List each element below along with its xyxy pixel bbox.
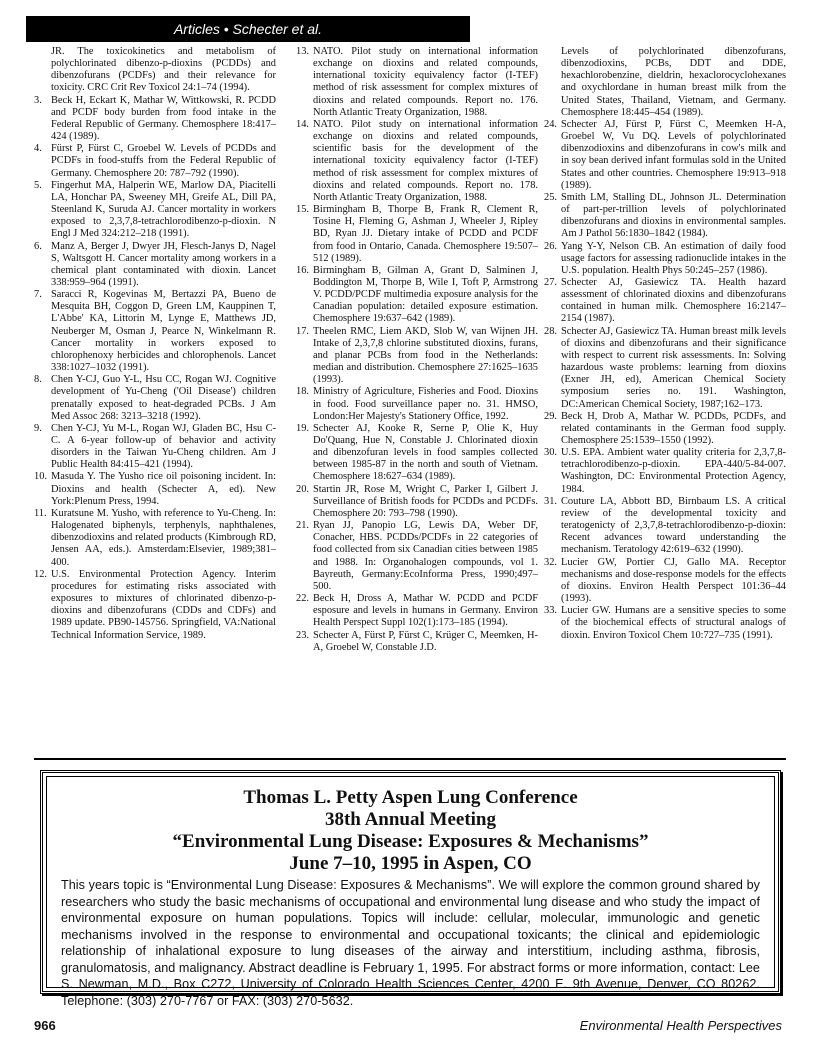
reference-text: Manz A, Berger J, Dwyer JH, Flesch-Janys… <box>51 241 276 290</box>
reference-item: Levels of polychlorinated dibenzofurans,… <box>544 46 786 119</box>
reference-number: 3. <box>34 95 50 107</box>
reference-number: 14. <box>296 119 312 131</box>
reference-text: Yang Y-Y, Nelson CB. An estimation of da… <box>561 241 786 277</box>
reference-item: 27.Schecter AJ, Gasiewicz TA. Health haz… <box>544 277 786 326</box>
reference-item: 11.Kuratsune M. Yusho, with reference to… <box>34 508 276 569</box>
reference-text: Chen Y-CJ, Yu M-L, Rogan WJ, Gladen BC, … <box>51 423 276 472</box>
reference-text: Schecter AJ, Kooke R, Serne P, Olie K, H… <box>313 423 538 484</box>
reference-text: Schecter AJ, Gasiewicz TA. Human breast … <box>561 326 786 411</box>
page-number: 966 <box>34 1018 56 1033</box>
reference-item: 26.Yang Y-Y, Nelson CB. An estimation of… <box>544 241 786 277</box>
announcement-body: This years topic is “Environmental Lung … <box>61 877 760 1009</box>
reference-number: 22. <box>296 593 312 605</box>
announcement-inner-frame: Thomas L. Petty Aspen Lung Conference 38… <box>46 776 775 988</box>
references-column-1: JR. The toxicokinetics and metabolism of… <box>34 46 276 642</box>
section-divider <box>34 758 786 760</box>
running-header: Articles • Schecter et al. <box>26 16 470 42</box>
reference-text: Couture LA, Abbott BD, Birnbaum LS. A cr… <box>561 496 786 557</box>
reference-number: 31. <box>544 496 560 508</box>
reference-number: 10. <box>34 471 50 483</box>
reference-number: 21. <box>296 520 312 532</box>
reference-text: Fingerhut MA, Halperin WE, Marlow DA, Pi… <box>51 180 276 241</box>
reference-number: 5. <box>34 180 50 192</box>
conference-announcement-box: Thomas L. Petty Aspen Lung Conference 38… <box>40 770 781 994</box>
reference-text: NATO. Pilot study on international infor… <box>313 119 538 204</box>
journal-name: Environmental Health Perspectives <box>580 1018 782 1033</box>
reference-text: U.S. Environmental Protection Agency. In… <box>51 569 276 642</box>
meeting-topic: “Environmental Lung Disease: Exposures &… <box>47 831 774 853</box>
reference-item: 21.Ryan JJ, Panopio LG, Lewis DA, Weber … <box>296 520 538 593</box>
reference-item: 15.Birmingham B, Thorpe B, Frank R, Clem… <box>296 204 538 265</box>
reference-number: 27. <box>544 277 560 289</box>
reference-text: Smith LM, Stalling DL, Johnson JL. Deter… <box>561 192 786 241</box>
reference-text: Schecter AJ, Gasiewicz TA. Health hazard… <box>561 277 786 326</box>
reference-item: 33.Lucier GW. Humans are a sensitive spe… <box>544 605 786 641</box>
reference-item: 32.Lucier GW, Portier CJ, Gallo MA. Rece… <box>544 557 786 606</box>
reference-item: 12.U.S. Environmental Protection Agency.… <box>34 569 276 642</box>
reference-item: 25.Smith LM, Stalling DL, Johnson JL. De… <box>544 192 786 241</box>
reference-text: Levels of polychlorinated dibenzofurans,… <box>561 46 786 119</box>
reference-text: Schecter A, Fürst P, Fürst C, Krüger C, … <box>313 630 538 654</box>
reference-text: Birmingham B, Gilman A, Grant D, Salmine… <box>313 265 538 326</box>
reference-number: 20. <box>296 484 312 496</box>
reference-number: 33. <box>544 605 560 617</box>
reference-text: Ryan JJ, Panopio LG, Lewis DA, Weber DF,… <box>313 520 538 593</box>
reference-item: 20.Startin JR, Rose M, Wright C, Parker … <box>296 484 538 520</box>
reference-item: 19.Schecter AJ, Kooke R, Serne P, Olie K… <box>296 423 538 484</box>
running-title: Articles • Schecter et al. <box>174 21 322 37</box>
reference-number: 12. <box>34 569 50 581</box>
reference-item: 6.Manz A, Berger J, Dwyer JH, Flesch-Jan… <box>34 241 276 290</box>
reference-number: 7. <box>34 289 50 301</box>
reference-item: 8.Chen Y-CJ, Guo Y-L, Hsu CC, Rogan WJ. … <box>34 374 276 423</box>
reference-text: U.S. EPA. Ambient water quality criteria… <box>561 447 786 496</box>
reference-item: 22.Beck H, Dross A, Mathar W. PCDD and P… <box>296 593 538 629</box>
reference-text: Kuratsune M. Yusho, with reference to Yu… <box>51 508 276 569</box>
reference-number: 15. <box>296 204 312 216</box>
reference-text: Beck H, Drob A, Mathar W. PCDDs, PCDFs, … <box>561 411 786 447</box>
reference-item: 5.Fingerhut MA, Halperin WE, Marlow DA, … <box>34 180 276 241</box>
references-section: JR. The toxicokinetics and metabolism of… <box>34 46 786 758</box>
reference-number: 25. <box>544 192 560 204</box>
reference-text: Startin JR, Rose M, Wright C, Parker I, … <box>313 484 538 520</box>
reference-text: Fürst P, Fürst C, Groebel W. Levels of P… <box>51 143 276 179</box>
reference-number: 11. <box>34 508 50 520</box>
reference-text: Lucier GW, Portier CJ, Gallo MA. Recepto… <box>561 557 786 606</box>
reference-text: NATO. Pilot study on international infor… <box>313 46 538 119</box>
announcement-titles: Thomas L. Petty Aspen Lung Conference 38… <box>47 787 774 875</box>
reference-item: 3.Beck H, Eckart K, Mathar W, Wittkowski… <box>34 95 276 144</box>
references-column-2: 13.NATO. Pilot study on international in… <box>296 46 538 654</box>
reference-item: 10.Masuda Y. The Yusho rice oil poisonin… <box>34 471 276 507</box>
reference-text: Ministry of Agriculture, Fisheries and F… <box>313 386 538 422</box>
reference-number: 18. <box>296 386 312 398</box>
reference-number: 24. <box>544 119 560 131</box>
reference-item: 24.Schecter AJ, Fürst P, Fürst C, Meemke… <box>544 119 786 192</box>
reference-text: Birmingham B, Thorpe B, Frank R, Clement… <box>313 204 538 265</box>
meeting-date-location: June 7–10, 1995 in Aspen, CO <box>47 853 774 875</box>
reference-text: Schecter AJ, Fürst P, Fürst C, Meemken H… <box>561 119 786 192</box>
meeting-number: 38th Annual Meeting <box>47 809 774 831</box>
reference-item: 4.Fürst P, Fürst C, Groebel W. Levels of… <box>34 143 276 179</box>
reference-number: 17. <box>296 326 312 338</box>
reference-item: 13.NATO. Pilot study on international in… <box>296 46 538 119</box>
reference-text: Masuda Y. The Yusho rice oil poisoning i… <box>51 471 276 507</box>
reference-item: 28.Schecter AJ, Gasiewicz TA. Human brea… <box>544 326 786 411</box>
reference-number: 16. <box>296 265 312 277</box>
references-column-3: Levels of polychlorinated dibenzofurans,… <box>544 46 786 642</box>
reference-number: 32. <box>544 557 560 569</box>
reference-number: 19. <box>296 423 312 435</box>
reference-item: JR. The toxicokinetics and metabolism of… <box>34 46 276 95</box>
reference-text: Saracci R, Kogevinas M, Bertazzi PA, Bue… <box>51 289 276 374</box>
reference-number: 4. <box>34 143 50 155</box>
reference-text: Beck H, Eckart K, Mathar W, Wittkowski, … <box>51 95 276 144</box>
conference-name: Thomas L. Petty Aspen Lung Conference <box>47 787 774 809</box>
reference-number: 29. <box>544 411 560 423</box>
reference-item: 7.Saracci R, Kogevinas M, Bertazzi PA, B… <box>34 289 276 374</box>
reference-item: 16.Birmingham B, Gilman A, Grant D, Salm… <box>296 265 538 326</box>
reference-item: 9.Chen Y-CJ, Yu M-L, Rogan WJ, Gladen BC… <box>34 423 276 472</box>
reference-number: 30. <box>544 447 560 459</box>
reference-number: 8. <box>34 374 50 386</box>
reference-number: 23. <box>296 630 312 642</box>
reference-number: 13. <box>296 46 312 58</box>
reference-item: 23.Schecter A, Fürst P, Fürst C, Krüger … <box>296 630 538 654</box>
reference-number: 9. <box>34 423 50 435</box>
reference-text: Chen Y-CJ, Guo Y-L, Hsu CC, Rogan WJ. Co… <box>51 374 276 423</box>
reference-text: Lucier GW. Humans are a sensitive specie… <box>561 605 786 641</box>
reference-item: 17.Theelen RMC, Liem AKD, Slob W, van Wi… <box>296 326 538 387</box>
reference-text: JR. The toxicokinetics and metabolism of… <box>51 46 276 95</box>
reference-text: Beck H, Dross A, Mathar W. PCDD and PCDF… <box>313 593 538 629</box>
reference-text: Theelen RMC, Liem AKD, Slob W, van Wijne… <box>313 326 538 387</box>
reference-item: 29.Beck H, Drob A, Mathar W. PCDDs, PCDF… <box>544 411 786 447</box>
reference-item: 18.Ministry of Agriculture, Fisheries an… <box>296 386 538 422</box>
reference-item: 14.NATO. Pilot study on international in… <box>296 119 538 204</box>
reference-number: 28. <box>544 326 560 338</box>
reference-number: 6. <box>34 241 50 253</box>
reference-number: 26. <box>544 241 560 253</box>
reference-item: 30.U.S. EPA. Ambient water quality crite… <box>544 447 786 496</box>
reference-item: 31.Couture LA, Abbott BD, Birnbaum LS. A… <box>544 496 786 557</box>
